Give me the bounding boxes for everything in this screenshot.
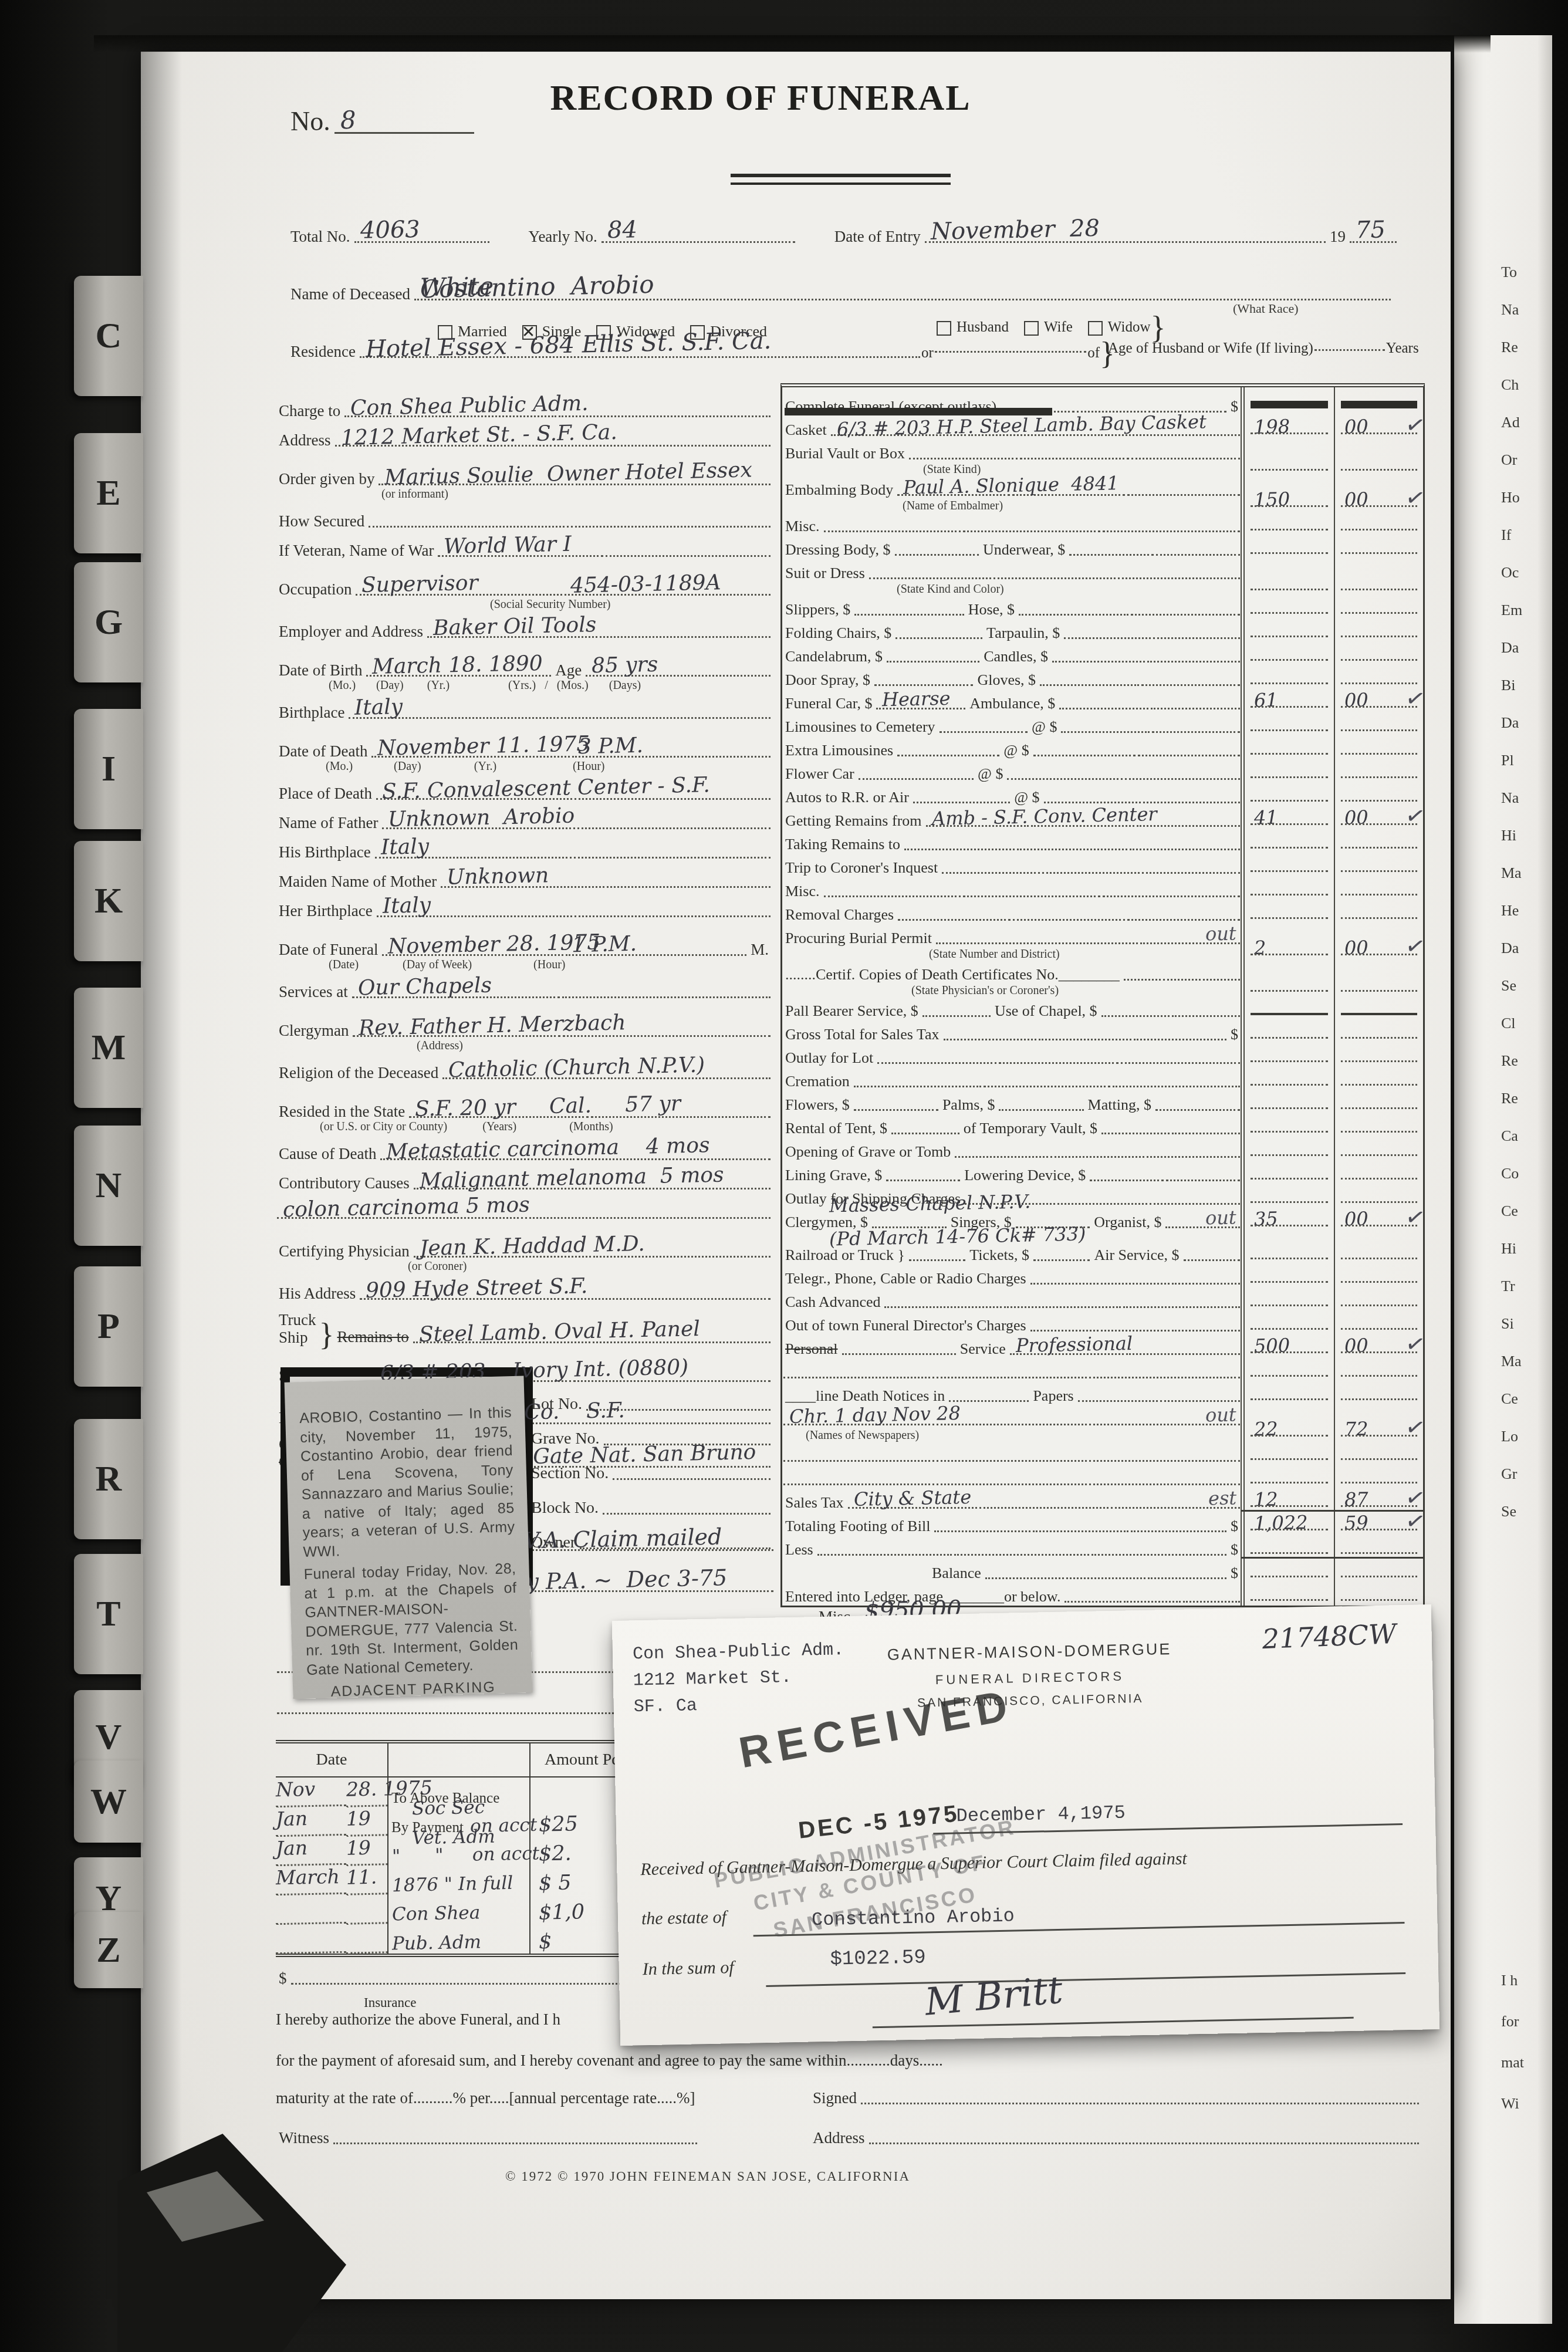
index-tab[interactable]: Z <box>74 1912 143 1988</box>
next-page-partial-label: Ca <box>1454 1117 1552 1155</box>
index-tab[interactable]: K <box>74 841 143 961</box>
dotted-line: Malignant melanoma 5 mos <box>414 1185 591 1189</box>
amount-dollars-cell: 500 <box>1243 1334 1334 1358</box>
next-page-partial-label: for <box>1454 2001 1552 2042</box>
yearly-no-label: Yearly No. <box>526 228 600 246</box>
dotted-line <box>1141 682 1240 686</box>
amount-dollars-cell <box>1243 535 1334 559</box>
charge-row: Suit or Dress (State Kind and Color) ✓ <box>782 559 1423 595</box>
partial-text: Da <box>1501 714 1519 732</box>
charge-row: Lining Grave, $ Lowering Device, $ ✓ <box>782 1161 1423 1184</box>
charge-label-cell: Pall Bearer Service, $ Use of Chapel, $ <box>782 996 1243 1020</box>
index-tab-letter: E <box>96 472 120 514</box>
amount-cents-cell: ✓ <box>1334 535 1423 559</box>
charge-label-cell: ........Certif. Copies of Death Certific… <box>782 960 1243 996</box>
field-label: Maiden Name of Mother <box>276 873 440 891</box>
dotted-line <box>1090 1177 1164 1181</box>
next-page-partial-label: Wi <box>1454 2083 1552 2124</box>
dotted-line: Hotel Essex - 684 Ellis St. S.F. Ca. <box>360 354 920 358</box>
charge-row: Funeral Car, $ Hearse Ambulance, $ 61 00… <box>782 689 1423 712</box>
next-page-partial-label: Bi <box>1454 667 1552 704</box>
charge-label: Gloves, $ <box>974 671 1039 689</box>
amount-cents-cell: ✓ <box>1334 559 1423 595</box>
charge-row: (Pd March 14-76 Ck# 733) Railroad or Tru… <box>782 1231 1423 1264</box>
amount-cents-cell: ✓ <box>1334 1381 1423 1405</box>
handwritten-value: Unknown Arobio <box>388 804 575 832</box>
dotted-line <box>1020 455 1128 459</box>
charge-sublabel: (State Physician's or Coroner's) <box>806 984 1243 998</box>
payment-month <box>275 1894 346 1925</box>
charge-row: Casket 6/3 # 203 H.P. Steel Lamb. Bay Ca… <box>782 415 1423 439</box>
residence-row: Residence Hotel Essex - 684 Ellis St. S.… <box>288 343 921 361</box>
index-tab-letter: R <box>96 1458 122 1500</box>
dotted-line: 3 P.M. <box>572 753 771 758</box>
charge-rows: Complete Funeral (except outlays) $ ✓ Ca… <box>782 387 1423 1606</box>
amount-cents-cell: 00✓ <box>1334 806 1423 830</box>
checkbox-wife[interactable] <box>1024 321 1039 336</box>
handwritten-value: Chr. 1 day Nov 28 <box>789 1402 961 1428</box>
field-label: Place of Death <box>276 785 375 803</box>
charge-label-cell: Flowers, $ Palms, $ Matting, $ <box>782 1090 1243 1114</box>
years-label: Years <box>1386 340 1419 357</box>
index-tab[interactable]: I <box>74 709 143 829</box>
charge-label-cell: Less $ <box>782 1535 1243 1559</box>
charge-label: Embalming Body <box>782 481 896 499</box>
amount-dollars-cell <box>1243 1184 1334 1208</box>
charge-label: Casket <box>782 421 830 439</box>
amount-cents-cell: ✓ <box>1334 996 1423 1020</box>
form-field-row: Occupation Supervisor 454-03-1189A (Soci… <box>276 560 772 611</box>
charge-label: Out of town Funeral Director's Charges <box>782 1317 1029 1334</box>
dotted-line <box>525 1215 771 1219</box>
handwritten-value: Con Shea Public Adm. <box>350 391 589 420</box>
field-label: Her Birthplace <box>276 902 376 920</box>
form-field-row: Order given by Marius Soulie Owner Hotel… <box>276 450 772 501</box>
charge-row: Removal Charges ✓ <box>782 900 1423 924</box>
dotted-line: Supervisor <box>356 592 562 596</box>
dotted-line <box>600 634 771 638</box>
charge-label-cell: Out of town Funeral Director's Charges <box>782 1311 1243 1334</box>
charge-row: Limousines to Cemetery @ $ ✓ <box>782 712 1423 736</box>
amount-dollars: 2 <box>1254 937 1266 959</box>
dotted-line <box>1131 1528 1226 1532</box>
charge-label: Less <box>782 1541 816 1559</box>
handwritten-note: V.A. Claim mailed <box>523 1523 722 1553</box>
index-tab-letter: P <box>97 1306 120 1347</box>
dotted-line <box>1040 682 1138 686</box>
charge-label: Cremation <box>782 1073 853 1090</box>
partial-text: Re <box>1501 1052 1518 1070</box>
partial-text: Da <box>1501 639 1519 657</box>
partial-text: Se <box>1501 1503 1516 1520</box>
dotted-line <box>783 1374 934 1378</box>
partial-text: Pl <box>1501 752 1514 769</box>
dotted-line <box>937 1458 1087 1462</box>
charge-row: Taking Remains to ✓ <box>782 830 1423 853</box>
dotted-line <box>963 893 1100 897</box>
amount-cents: 00 <box>1344 1334 1369 1357</box>
dotted-line: Costantino Arobio White (What Race) <box>414 296 1391 300</box>
charge-label: Tarpaulin, $ <box>984 624 1063 642</box>
dotted-line <box>854 611 964 616</box>
field-label: Order given by <box>276 470 377 488</box>
charge-row: Telegr., Phone, Cable or Radio Charges ✓ <box>782 1264 1423 1287</box>
date-of-entry-label: Date of Entry <box>832 228 924 246</box>
amount-cents-cell: ✓ <box>1334 1161 1423 1184</box>
newspaper-obituary-clipping: AROBIO, Costantino — In this city, Novem… <box>285 1376 533 1699</box>
amount-dollars-cell: 1,022 <box>1243 1512 1334 1535</box>
amount-dollars-cell <box>1243 1161 1334 1184</box>
amount-cents: 00 <box>1344 806 1369 829</box>
dotted-line: Baker Oil Tools <box>427 634 598 638</box>
dotted-line <box>1057 1201 1148 1205</box>
amount-cents-cell: ✓ <box>1334 1231 1423 1264</box>
charge-label: Flowers, $ <box>782 1096 853 1114</box>
index-tab[interactable]: P <box>74 1266 143 1387</box>
receipt-address-line: 1212 Market St. <box>633 1664 844 1694</box>
dotted-line <box>1033 752 1136 756</box>
payment-day: 19 <box>346 1806 387 1836</box>
charge-row: Misc. ✓ <box>782 512 1423 535</box>
form-field-row: Contributory Causes Malignant melanoma 5… <box>276 1163 772 1192</box>
next-page-partial-label: Ho <box>1454 479 1552 516</box>
index-tab[interactable]: N <box>74 1126 143 1246</box>
index-tab[interactable]: E <box>74 433 143 553</box>
sum-value: $1022.59 <box>830 1947 926 1971</box>
dotted-line <box>963 528 1100 532</box>
next-page-partial-label: Ce <box>1454 1192 1552 1230</box>
charge-label-cell: Trip to Coroner's Inquest <box>782 853 1243 877</box>
dollar-sign: $ <box>1228 1541 1241 1559</box>
next-page-partial-label: Lo <box>1454 1418 1552 1455</box>
form-field-row: Cause of Death Metastatic carcinoma 4 mo… <box>276 1134 772 1163</box>
charge-label: ........Certif. Copies of Death Certific… <box>782 966 1123 984</box>
charge-label-cell: Limousines to Cemetery @ $ <box>782 712 1243 736</box>
dotted-line <box>1101 1130 1170 1134</box>
witness-label: Witness <box>276 2129 332 2147</box>
next-page-partial-label: He <box>1454 892 1552 930</box>
charge-label-cell: Taking Remains to <box>782 830 1243 853</box>
amount-dollars-cell <box>1243 665 1334 689</box>
partial-text: Lo <box>1501 1428 1518 1445</box>
amount-dollars: 35 <box>1254 1208 1279 1231</box>
form-field-row: Name of Father Unknown Arobio <box>276 803 772 832</box>
payment-day <box>346 1894 387 1924</box>
dotted-line <box>1172 1280 1240 1285</box>
index-tab[interactable]: M <box>74 988 143 1108</box>
amount-dollars: 61 <box>1254 689 1279 712</box>
dotted-line: Catholic (Church N.P.V.) <box>442 1075 605 1079</box>
index-tab[interactable]: W <box>74 1760 143 1843</box>
dotted-line <box>824 893 961 897</box>
amount-dollars-cell <box>1243 1043 1334 1067</box>
partial-text: Na <box>1501 789 1519 807</box>
dotted-line: Paul A. Slonique 4841 <box>897 492 1010 496</box>
index-tab[interactable]: C <box>74 276 143 396</box>
dotted-line <box>1089 1458 1240 1462</box>
amount-cents: 00 <box>1344 937 1369 959</box>
charge-sublabel: (State Kind and Color) <box>806 583 1243 596</box>
index-tab[interactable]: G <box>74 562 143 682</box>
amount-cents: 87 <box>1344 1488 1369 1511</box>
dotted-line <box>1156 552 1240 556</box>
dotted-line <box>1121 1060 1240 1064</box>
amount-cents-cell: 00✓ <box>1334 1208 1423 1231</box>
dotted-line <box>1148 1575 1226 1579</box>
checkmark-icon: ✓ <box>1403 483 1428 513</box>
amount-cents-cell: ✓ <box>1334 712 1423 736</box>
amount-cents-cell: ✓ <box>1334 1067 1423 1090</box>
pencil-note: out <box>1205 1206 1237 1229</box>
amount-cents-cell: ✓ <box>1334 1043 1423 1067</box>
payment-month <box>275 1924 346 1955</box>
dotted-line <box>1101 1013 1170 1017</box>
next-page-partial-label: Gr <box>1454 1455 1552 1493</box>
charge-label: Underwear, $ <box>980 541 1068 559</box>
dotted-line <box>613 1476 771 1480</box>
partial-text: Ma <box>1501 1353 1522 1370</box>
dotted-line <box>1123 1304 1240 1308</box>
charge-label-cell: Misc. <box>782 877 1243 900</box>
dotted-line <box>1050 1154 1144 1158</box>
amount-cents: 00 <box>1344 415 1369 438</box>
dotted-line <box>1065 1599 1121 1603</box>
dotted-line: Hearse <box>876 705 965 709</box>
payment-description-cell: To Above Balance Soc Sec <box>387 1777 529 1807</box>
dotted-line <box>1155 1107 1240 1111</box>
next-page-partial-label: Ch <box>1454 366 1552 404</box>
dotted-line: colon carcinoma 5 mos <box>277 1215 523 1219</box>
charge-label: Suit or Dress <box>782 565 868 582</box>
left-field-column: Charge to Con Shea Public Adm. Address 1… <box>276 391 772 1471</box>
field-label: Block No. <box>528 1499 601 1518</box>
amount-dollars-cell: 61 <box>1243 689 1334 712</box>
form-field-row: Date of Birth March 18. 1890 Age 85 yrs … <box>276 641 772 692</box>
field-label: Resided in the State <box>276 1103 408 1121</box>
field-sublabel: (Mo.) (Day) (Yr.) (Hour) <box>299 760 772 773</box>
index-tab-letter: W <box>90 1781 127 1823</box>
firm-subtitle: FUNERAL DIRECTORS <box>866 1667 1194 1689</box>
dotted-line <box>1039 1036 1131 1040</box>
brace-glyph: } <box>319 1323 334 1346</box>
amount-cents-cell: ✓ <box>1334 1287 1423 1311</box>
handwritten-value: Hearse <box>882 687 951 711</box>
handwritten-value: Our Chapels <box>357 974 492 1001</box>
partial-text: Gr <box>1501 1465 1517 1483</box>
checkbox-label: Husband <box>957 319 1009 336</box>
index-tab-letter: K <box>94 880 123 922</box>
field-sublabel: (or informant) <box>299 488 772 501</box>
dotted-line: November 28 <box>925 239 1326 243</box>
field-label: M. <box>748 941 772 959</box>
amount-dollars: 22 <box>1254 1418 1279 1441</box>
next-page-partial-label: Or <box>1454 441 1552 479</box>
dotted-line <box>1042 870 1140 874</box>
dotted-line <box>566 1296 771 1300</box>
amount-dollars-cell <box>1243 1020 1334 1043</box>
amount-dollars-cell <box>1243 1358 1334 1381</box>
charge-label: Getting Remains from <box>782 812 925 830</box>
charge-label: Autos to R.R. or Air <box>782 789 912 806</box>
handwritten-note: Masses Chapel N.P.V. <box>829 1190 1031 1216</box>
charge-label-cell: Balance $ <box>782 1559 1243 1582</box>
charge-label: Removal Charges <box>782 906 897 924</box>
receipt-address-line: Con Shea-Public Adm. <box>633 1637 844 1668</box>
index-tab[interactable]: T <box>74 1554 143 1674</box>
field-label: Certifying Physician <box>276 1242 413 1261</box>
index-tab-letter: V <box>96 1716 122 1758</box>
payment-month: March <box>275 1865 346 1896</box>
amount-dollars-cell <box>1243 1231 1334 1264</box>
amount-cents-cell: ✓ <box>1334 1020 1423 1043</box>
charge-row: ✓ <box>782 1441 1423 1465</box>
dollar-sign: $ <box>1228 1564 1241 1582</box>
amount-dollars-cell <box>1243 712 1334 736</box>
amount-dollars-cell <box>1243 900 1334 924</box>
field-label-struck: Remains to <box>334 1328 411 1346</box>
dotted-line <box>603 1510 771 1515</box>
dotted-line <box>1061 729 1149 733</box>
dotted-line <box>1172 1327 1240 1332</box>
charge-label-cell <box>782 1465 1243 1488</box>
dotted-line <box>898 917 1011 921</box>
partial-text: Wi <box>1501 2095 1519 2113</box>
payment-description-cell: 1876 " In full <box>387 1866 529 1895</box>
charge-sublabel: (Name of Embalmer) <box>806 499 1243 513</box>
dotted-line <box>1138 752 1240 756</box>
dollar-sign: $ <box>276 1969 290 1988</box>
handwritten-value: 1 P.M. <box>571 932 637 957</box>
dotted-line <box>1078 1398 1158 1402</box>
residence-label: Residence <box>288 343 359 361</box>
index-tab[interactable]: R <box>74 1419 143 1539</box>
handwritten-value: Professional <box>1015 1332 1133 1357</box>
dotted-line <box>1004 1304 1121 1308</box>
charge-label-cell: Removal Charges <box>782 900 1243 924</box>
checkbox-husband[interactable] <box>937 321 951 336</box>
amount-cents-cell: 59✓ <box>1334 1512 1423 1535</box>
charge-label: @ $ <box>975 765 1006 783</box>
charge-label-cell: Entered into Ledger, page________or belo… <box>782 1582 1243 1606</box>
amount-cents-cell: 72✓ <box>1334 1405 1423 1441</box>
amount-dollars-cell: 198 <box>1243 415 1334 439</box>
name-label: Name of Deceased <box>288 285 413 303</box>
checkmark-icon: ✓ <box>1403 1202 1428 1233</box>
partial-text: Re <box>1501 1090 1518 1107</box>
of-label: of <box>1087 345 1100 361</box>
charge-row: Pall Bearer Service, $ Use of Chapel, $ … <box>782 996 1423 1020</box>
dotted-line: Steel Lamb. Oval H. Panel <box>413 1339 591 1343</box>
dotted-line: Italy <box>349 715 558 719</box>
amount-cents-cell: 00✓ <box>1334 1334 1423 1358</box>
partial-text: Hi <box>1501 1240 1516 1258</box>
dotted-line <box>1118 575 1240 579</box>
pencil-note: out <box>1205 1403 1237 1426</box>
next-page-sliver: To Na Re Ch Ad Or Ho If Oc Em Da Bi Da P… <box>1454 35 1552 2324</box>
payment-handwritten-note: Soc Sec <box>412 1797 485 1820</box>
dotted-line: 85 yrs <box>586 673 771 677</box>
brace-glyph: } <box>1150 316 1165 339</box>
dotted-line <box>887 658 979 663</box>
next-page-partial-label: Hi <box>1454 817 1552 854</box>
form-field-row: Place of Death S.F. Convalescent Center … <box>276 773 772 803</box>
dotted-line <box>874 682 973 686</box>
charge-label: @ $ <box>1011 789 1042 806</box>
dotted-line: 84 <box>601 239 795 243</box>
charge-label-cell: Burial Vault or Box (State Kind) <box>782 439 1243 475</box>
charge-label-cell <box>782 1441 1243 1465</box>
handwritten-value: Unknown <box>447 863 549 890</box>
amount-dollars: 198 <box>1254 415 1290 438</box>
handwritten-value: 454-03-1189A <box>570 570 721 597</box>
amount-cents-cell: ✓ <box>1334 759 1423 783</box>
next-page-partial-label: Na <box>1454 779 1552 817</box>
dotted-line: S.F. 20 yr Cal. 57 yr <box>409 1114 589 1118</box>
dotted-line <box>904 846 1015 850</box>
pencil-note: out <box>1205 922 1237 945</box>
charge-label-cell: Sales Tax City & State est <box>782 1488 1243 1512</box>
dotted-line: World War I <box>438 553 603 557</box>
amount-dollars-cell <box>1243 1582 1334 1606</box>
name-of-deceased-row: Name of Deceased Costantino Arobio White… <box>288 285 1392 303</box>
dotted-line <box>861 2100 1419 2104</box>
dotted-line <box>1124 1599 1181 1603</box>
charge-label-cell: (Pd March 14-76 Ck# 733) Railroad or Tru… <box>782 1231 1243 1264</box>
age-of-spouse-line: Age of Husband or Wife (If living) Years <box>1108 340 1437 357</box>
amount-dollars: 500 <box>1254 1334 1290 1357</box>
signed-label: Signed <box>810 2089 860 2107</box>
charge-label: Candelabrum, $ <box>782 648 886 665</box>
payment-amount: $ <box>539 1930 552 1954</box>
description-column <box>387 1743 529 1776</box>
charge-label: Totaling Footing of Bill <box>782 1518 933 1535</box>
amount-dollars: 41 <box>1254 806 1279 829</box>
checkbox-label: Widow <box>1108 319 1151 336</box>
field-sublabel: (or U.S. or City or County) (Years) (Mon… <box>299 1120 772 1134</box>
payment-handwritten: Con Shea <box>392 1902 481 1925</box>
dotted-line <box>1064 635 1151 639</box>
dotted-line <box>559 413 771 417</box>
page-title: RECORD OF FUNERAL <box>141 77 1380 119</box>
amount-dollars-cell: 22 <box>1243 1405 1334 1441</box>
charge-row: Complete Funeral (except outlays) $ ✓ <box>782 387 1423 415</box>
charge-row: Sales Tax City & State est 12 87✓ <box>782 1488 1423 1512</box>
charge-row: Balance $ ✓ <box>782 1559 1423 1582</box>
charge-row: Less $ ✓ <box>782 1535 1423 1559</box>
partial-text: Bi <box>1501 677 1516 694</box>
dotted-line: by P.A. ~ Dec 3-75 <box>506 1588 773 1592</box>
dotted-line <box>895 635 982 639</box>
form-field-row: His Address 909 Hyde Street S.F. <box>276 1273 772 1303</box>
field-sublabel: (Mo.) (Day) (Yr.) (Yrs.) / (Mos.) (Days) <box>299 679 772 692</box>
charge-row: Embalming Body Paul A. Slonique 4841 (Na… <box>782 475 1423 512</box>
amount-cents-cell: ✓ <box>1334 1535 1423 1559</box>
dotted-line: City & State <box>848 1505 977 1509</box>
field-label: Charge to <box>276 402 343 420</box>
next-page-partial-label: Re <box>1454 329 1552 366</box>
ledger-photograph: C E G I K M N P R T V W Y Z No. 8 RECORD… <box>0 0 1568 2352</box>
dotted-line <box>1017 846 1127 850</box>
checkbox-widow[interactable] <box>1088 321 1103 336</box>
field-label: Employer and Address <box>276 623 426 641</box>
dotted-line: Rev. Father H. Merzbach <box>353 1033 560 1037</box>
dotted-line <box>897 752 999 756</box>
field-label: Truck <box>276 1311 319 1329</box>
dotted-line <box>1101 1280 1169 1285</box>
charge-row: Outlay for Lot ✓ <box>782 1043 1423 1067</box>
dotted-line: 4063 <box>354 239 489 243</box>
next-page-partial-label: Da <box>1454 704 1552 742</box>
